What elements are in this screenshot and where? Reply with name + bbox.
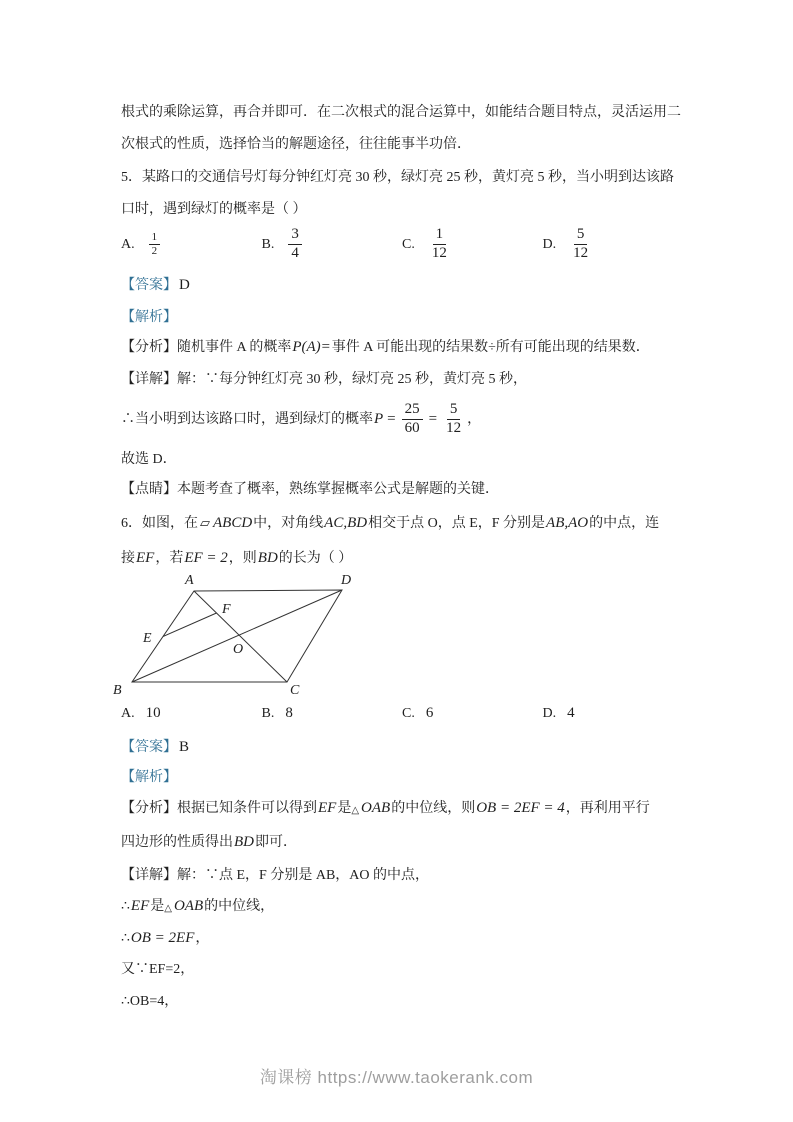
answer-label: 【答案】 [121,278,177,293]
q6-stem-line-2: 接EF，若EF = 2，则BD的长为（ ） [121,549,683,568]
q6-step-line-2: ∴OB = 2EF， [121,929,683,948]
fraction-numerator: 1 [433,226,447,244]
fenxi-formula: P(A)= [291,339,331,355]
q6-fenxi-line-2: 四边形的性质得出BD即可． [121,833,683,852]
fraction: 25 60 [402,401,423,437]
fraction: 1 2 [149,231,161,256]
xiangjie-label: 【详解】 [121,372,177,387]
q5-fenxi-line: 【分析】随机事件 A 的概率P(A)=事件 A 可能出现的结果数÷所有可能出现的… [121,338,683,357]
document-page: 根式的乘除运算，再合并即可．在二次根式的混合运算中，如能结合题目特点，灵活运用二… [0,0,793,1122]
math-run: OB = 2EF [130,930,195,946]
q6-options-row: A. 10 B. 8 C. 6 D. 4 [121,704,683,723]
diagonal-ac [194,591,287,682]
stem-text: 相交于点 O，点 E，F 分别是 [368,516,545,531]
math-run: EF [317,800,337,816]
math-run: OAB [173,898,204,914]
fenxi-text: 的中位线，则 [391,801,475,816]
probability-symbol: P [373,410,384,429]
fenxi-text: 四边形的性质得出 [121,835,233,850]
therefore-text: ∴ [121,899,130,914]
fraction: 1 12 [429,226,450,262]
stem-text: 中，对角线 [253,516,323,531]
equals-sign: = [387,410,395,429]
site-watermark: 淘课榜 https://www.taokerank.com [0,1063,793,1088]
intro-line-2: 次根式的性质，选择恰当的解题途径，往往能事半功倍． [121,135,683,154]
q5-option-d: D. 5 12 [543,226,684,262]
answer-value: D [177,277,190,293]
step-text: 的中位线， [204,899,274,914]
vertex-label-d: D [340,573,351,588]
math-run: OAB [360,800,391,816]
step-text: 是 [150,899,164,914]
math-run: EF [130,898,150,914]
q6-option-c: C. 6 [402,704,543,723]
q5-jiexi-line: 【解析】 [121,308,683,327]
q6-step-line-3: 又∵EF=2， [121,960,683,979]
option-value: 6 [426,704,434,723]
stem-text: 接 [121,551,135,566]
fraction: 5 12 [443,401,464,437]
fenxi-text: 随机事件 A 的概率 [177,340,291,355]
fenxi-text: 是 [337,801,351,816]
xiangjie-label: 【详解】 [121,868,177,883]
fenxi-label: 【分析】 [121,340,177,355]
stem-text: 6．如图，在 [121,516,198,531]
q6-option-b: B. 8 [262,704,403,723]
dianjing-text: 本题考查了概率，熟练掌握概率公式是解题的关键． [177,482,499,497]
option-label: A. [121,235,135,254]
fraction: 3 4 [288,226,302,262]
option-label: B. [262,235,275,254]
conclusion-punctuation: ， [467,410,481,429]
fraction-denominator: 2 [149,245,161,257]
q5-choose-line: 故选 D． [121,450,683,469]
q6-step-line-4: ∴OB=4， [121,992,683,1011]
option-label: D. [543,704,557,723]
option-label: D. [543,235,557,254]
q5-stem-line-1: 5．某路口的交通信号灯每分钟红灯亮 30 秒，绿灯亮 25 秒，黄灯亮 5 秒，… [121,168,683,187]
conclusion-text: ∴当小明到达该路口时，遇到绿灯的概率 [121,410,373,429]
q6-stem-line-1: 6．如图，在▱ABCD中，对角线AC,BD相交于点 O，点 E，F 分别是AB,… [121,513,683,533]
triangle-symbol: △ [351,805,360,816]
jiexi-label: 【解析】 [121,770,177,785]
fraction-denominator: 4 [288,245,302,262]
math-run: BD [233,834,255,850]
fraction-denominator: 60 [402,420,423,437]
q5-options-row: A. 1 2 B. 3 4 C. 1 12 D. 5 12 [121,224,683,264]
xiangjie-text: 解：∵点 E，F 分别是 AB，AO 的中点， [177,868,429,883]
vertex-label-c: C [290,683,300,698]
math-run: EF [135,550,155,566]
vertex-label-b: B [113,683,122,698]
parallelogram-diagram: A D B C E F O [105,570,375,705]
point-label-e: E [142,631,152,646]
fraction: 5 12 [570,226,591,262]
stem-text: ，则 [229,551,257,566]
fraction-numerator: 5 [447,401,461,419]
q5-conclusion-line: ∴当小明到达该路口时，遇到绿灯的概率 P = 25 60 = 5 12 ， [121,398,683,440]
math-run: EF = 2 [183,550,228,566]
q6-answer-line: 【答案】B [121,738,683,757]
option-label: C. [402,235,415,254]
option-value: 8 [285,704,293,723]
option-value: 10 [146,704,161,723]
fraction-numerator: 1 [149,231,161,244]
jiexi-label: 【解析】 [121,310,177,325]
stem-text: 的中点，连 [589,516,659,531]
q6-option-d: D. 4 [543,704,684,723]
stem-text: 的长为（ ） [279,551,353,566]
fenxi-text: ，再利用平行 [566,801,650,816]
math-run: AC,BD [323,515,368,531]
answer-value: B [177,739,189,755]
fraction-denominator: 12 [443,420,464,437]
answer-label: 【答案】 [121,740,177,755]
fenxi-text: 即可． [255,835,297,850]
q5-dianjing-line: 【点睛】本题考查了概率，熟练掌握概率公式是解题的关键． [121,480,683,499]
math-run: AB,AO [545,515,589,531]
math-run: BD [257,550,279,566]
q5-answer-line: 【答案】D [121,276,683,295]
option-value: 4 [567,704,575,723]
dianjing-label: 【点睛】 [121,482,177,497]
fenxi-text: 事件 A 可能出现的结果数÷所有可能出现的结果数． [332,340,650,355]
fraction-numerator: 3 [288,226,302,244]
q6-option-a: A. 10 [121,704,262,723]
stem-text: ，若 [155,551,183,566]
math-run: ABCD [212,515,253,531]
q5-option-c: C. 1 12 [402,226,543,262]
point-label-o: O [233,642,243,657]
option-label: A. [121,704,135,723]
step-text: ， [195,931,209,946]
fraction-numerator: 25 [402,401,423,419]
parallelogram-symbol: ▱ [198,515,212,530]
q6-jiexi-line: 【解析】 [121,768,683,787]
fraction-numerator: 5 [574,226,588,244]
triangle-symbol: △ [164,903,173,914]
vertex-label-a: A [184,573,194,588]
q6-fenxi-line-1: 【分析】根据已知条件可以得到EF是△OAB的中位线，则OB = 2EF = 4，… [121,799,683,820]
equals-sign: = [429,410,437,429]
intro-line-1: 根式的乘除运算，再合并即可．在二次根式的混合运算中，如能结合题目特点，灵活运用二 [121,103,683,122]
fraction-denominator: 12 [570,245,591,262]
option-label: B. [262,704,275,723]
math-run: OB = 2EF = 4 [475,800,566,816]
q5-option-b: B. 3 4 [262,226,403,262]
fenxi-text: 根据已知条件可以得到 [177,801,317,816]
point-label-f: F [221,602,231,617]
q5-xiangjie-line: 【详解】解：∵每分钟红灯亮 30 秒，绿灯亮 25 秒，黄灯亮 5 秒， [121,370,683,389]
xiangjie-text: 解：∵每分钟红灯亮 30 秒，绿灯亮 25 秒，黄灯亮 5 秒， [177,372,527,387]
q5-option-a: A. 1 2 [121,231,262,256]
q6-xiangjie-line: 【详解】解：∵点 E，F 分别是 AB，AO 的中点， [121,866,683,885]
option-label: C. [402,704,415,723]
q6-step-line-1: ∴EF是△OAB的中位线， [121,897,683,918]
therefore-text: ∴ [121,931,130,946]
fraction-denominator: 12 [429,245,450,262]
q5-stem-line-2: 口时，遇到绿灯的概率是（ ） [121,200,683,219]
fenxi-label: 【分析】 [121,801,177,816]
